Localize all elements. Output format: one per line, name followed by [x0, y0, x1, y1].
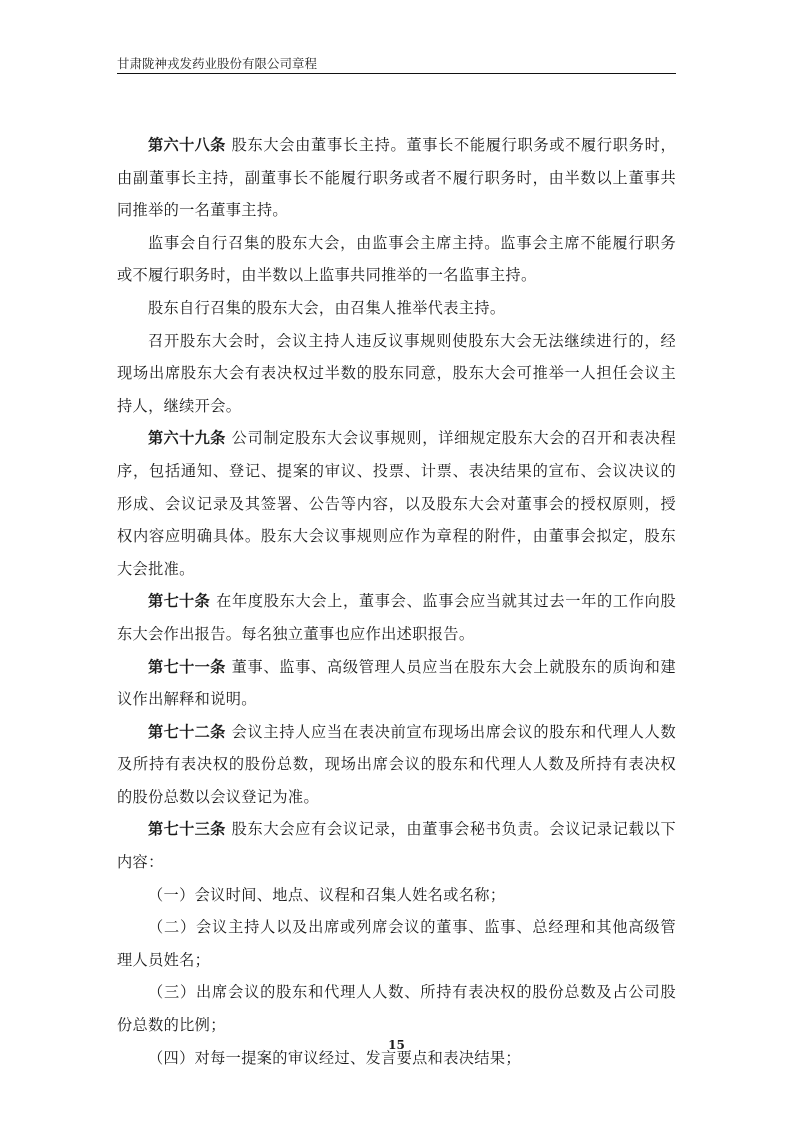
paragraph-text: 召开股东大会时，会议主持人违反议事规则使股东大会无法继续进行的，经现场出席股东大… [117, 332, 676, 415]
paragraph-text: 股东自行召集的股东大会，由召集人推举代表主持。 [148, 299, 505, 317]
paragraph-article-69: 第六十九条公司制定股东大会议事规则，详细规定股东大会的召开和表决程序，包括通知、… [117, 422, 676, 585]
page-number: 15 [0, 1038, 793, 1052]
list-item-text: （一）会议时间、地点、议程和召集人姓名或名称； [148, 886, 505, 904]
article-heading: 第七十一条 [148, 658, 226, 676]
running-header: 甘肃陇神戎发药业股份有限公司章程 [117, 56, 676, 72]
list-item-text: （二）会议主持人以及出席或列席会议的董事、监事、总经理和其他高级管理人员姓名； [117, 918, 676, 969]
paragraph-text: 公司制定股东大会议事规则，详细规定股东大会的召开和表决程序，包括通知、登记、提案… [117, 429, 676, 577]
document-body: 第六十八条股东大会由董事长主持。董事长不能履行职务或不履行职务时，由副董事长主持… [117, 129, 676, 1074]
paragraph-article-71: 第七十一条董事、监事、高级管理人员应当在股东大会上就股东的质询和建议作出解释和说… [117, 651, 676, 716]
article-heading: 第七十二条 [148, 723, 226, 741]
paragraph-article-72: 第七十二条会议主持人应当在表决前宣布现场出席会议的股东和代理人人数及所持有表决权… [117, 716, 676, 814]
article-heading: 第六十九条 [148, 429, 226, 447]
article-heading: 第七十三条 [148, 820, 226, 838]
paragraph-article-73: 第七十三条股东大会应有会议记录，由董事会秘书负责。会议记录记载以下内容： [117, 813, 676, 878]
article-heading: 第六十八条 [148, 136, 226, 154]
article-heading: 第七十条 [148, 592, 210, 610]
paragraph: 监事会自行召集的股东大会，由监事会主席主持。监事会主席不能履行职务或不履行职务时… [117, 227, 676, 292]
paragraph: 股东自行召集的股东大会，由召集人推举代表主持。 [117, 292, 676, 325]
paragraph-article-68: 第六十八条股东大会由董事长主持。董事长不能履行职务或不履行职务时，由副董事长主持… [117, 129, 676, 227]
list-item: （一）会议时间、地点、议程和召集人姓名或名称； [117, 879, 676, 912]
header-divider [117, 73, 676, 74]
paragraph: 召开股东大会时，会议主持人违反议事规则使股东大会无法继续进行的，经现场出席股东大… [117, 325, 676, 423]
paragraph-article-70: 第七十条在年度股东大会上，董事会、监事会应当就其过去一年的工作向股东大会作出报告… [117, 585, 676, 650]
list-item: （三）出席会议的股东和代理人人数、所持有表决权的股份总数及占公司股份总数的比例； [117, 976, 676, 1041]
list-item-text: （三）出席会议的股东和代理人人数、所持有表决权的股份总数及占公司股份总数的比例； [117, 983, 676, 1034]
paragraph-text: 监事会自行召集的股东大会，由监事会主席主持。监事会主席不能履行职务或不履行职务时… [117, 234, 676, 285]
list-item: （二）会议主持人以及出席或列席会议的董事、监事、总经理和其他高级管理人员姓名； [117, 911, 676, 976]
